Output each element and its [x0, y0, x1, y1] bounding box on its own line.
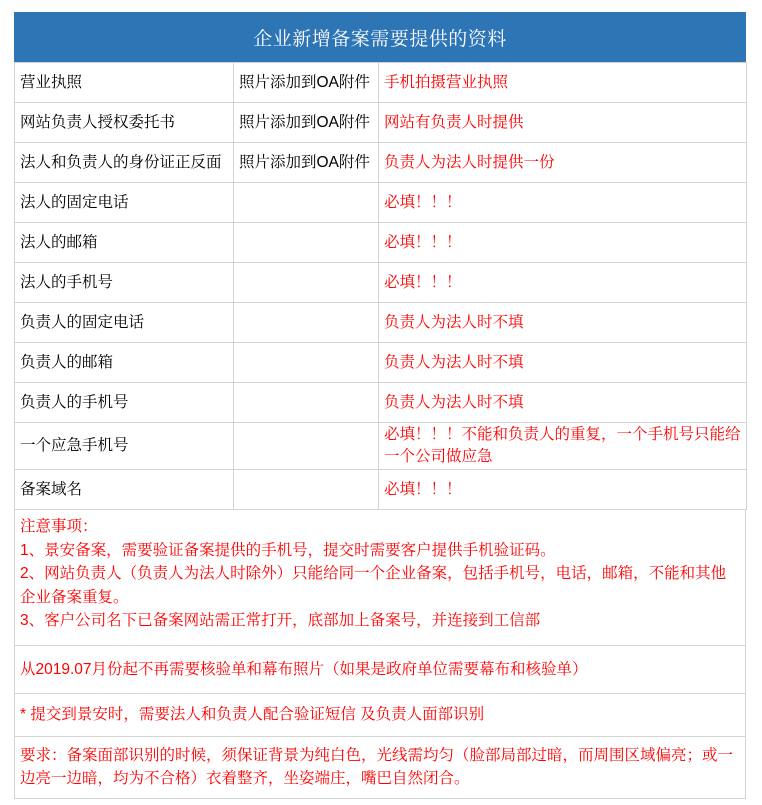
since-2019-block: 从2019.07月份起不再需要核验单和幕布照片（如果是政府单位需要幕布和核验单） — [14, 646, 746, 695]
table-row: 营业执照 照片添加到OA附件 手机拍摄营业执照 — [15, 63, 747, 103]
method-cell — [234, 470, 379, 510]
note-cell: 网站有负责人时提供 — [379, 103, 747, 143]
notice-item: 1、景安备案，需要验证备案提供的手机号，提交时需要客户提供手机验证码。 — [20, 539, 738, 563]
requirement-note: 要求：备案面部识别的时候，须保证背景为纯白色，光线需均匀（脸部局部过暗，而周围区… — [20, 744, 738, 791]
item-cell: 一个应急手机号 — [15, 423, 234, 470]
table-row: 网站负责人授权委托书 照片添加到OA附件 网站有负责人时提供 — [15, 103, 747, 143]
item-cell: 负责人的固定电话 — [15, 303, 234, 343]
requirement-block: 要求：备案面部识别的时候，须保证背景为纯白色，光线需均匀（脸部局部过暗，而周围区… — [14, 737, 746, 799]
table-row: 法人的邮箱 必填！！！ — [15, 223, 747, 263]
table-row: 备案域名 必填！！！ — [15, 470, 747, 510]
item-cell: 法人的固定电话 — [15, 183, 234, 223]
item-cell: 网站负责人授权委托书 — [15, 103, 234, 143]
method-cell — [234, 383, 379, 423]
notices-block: 注意事项： 1、景安备案，需要验证备案提供的手机号，提交时需要客户提供手机验证码… — [14, 510, 746, 646]
requirements-table: 营业执照 照片添加到OA附件 手机拍摄营业执照 网站负责人授权委托书 照片添加到… — [14, 62, 747, 510]
notice-item: 2、网站负责人（负责人为法人时除外）只能给同一个企业备案，包括手机号，电话，邮箱… — [20, 562, 738, 609]
note-cell: 负责人为法人时不填 — [379, 343, 747, 383]
submit-note-block: * 提交到景安时，需要法人和负责人配合验证短信 及负责人面部识别 — [14, 694, 746, 737]
method-cell — [234, 423, 379, 470]
method-cell — [234, 303, 379, 343]
item-cell: 法人的手机号 — [15, 263, 234, 303]
item-cell: 营业执照 — [15, 63, 234, 103]
item-cell: 法人和负责人的身份证正反面 — [15, 143, 234, 183]
table-row: 一个应急手机号 必填！！！不能和负责人的重复，一个手机号只能给一个公司做应急 — [15, 423, 747, 470]
note-cell: 必填！！！ — [379, 183, 747, 223]
table-row: 法人和负责人的身份证正反面 照片添加到OA附件 负责人为法人时提供一份 — [15, 143, 747, 183]
filing-requirements-sheet: 企业新增备案需要提供的资料 营业执照 照片添加到OA附件 手机拍摄营业执照 网站… — [14, 12, 746, 799]
method-cell — [234, 183, 379, 223]
table-row: 负责人的固定电话 负责人为法人时不填 — [15, 303, 747, 343]
note-cell: 负责人为法人时不填 — [379, 303, 747, 343]
notices-heading: 注意事项： — [20, 515, 738, 539]
note-cell: 负责人为法人时不填 — [379, 383, 747, 423]
method-cell — [234, 263, 379, 303]
method-cell — [234, 223, 379, 263]
item-cell: 负责人的手机号 — [15, 383, 234, 423]
table-row: 负责人的邮箱 负责人为法人时不填 — [15, 343, 747, 383]
item-cell: 负责人的邮箱 — [15, 343, 234, 383]
item-cell: 法人的邮箱 — [15, 223, 234, 263]
note-cell: 必填！！！ — [379, 263, 747, 303]
method-cell: 照片添加到OA附件 — [234, 143, 379, 183]
submit-note: * 提交到景安时，需要法人和负责人配合验证短信 及负责人面部识别 — [20, 703, 738, 727]
since-2019-note: 从2019.07月份起不再需要核验单和幕布照片（如果是政府单位需要幕布和核验单） — [20, 658, 738, 682]
method-cell: 照片添加到OA附件 — [234, 103, 379, 143]
note-cell: 负责人为法人时提供一份 — [379, 143, 747, 183]
table-row: 负责人的手机号 负责人为法人时不填 — [15, 383, 747, 423]
note-cell: 必填！！！ — [379, 223, 747, 263]
note-cell: 手机拍摄营业执照 — [379, 63, 747, 103]
table-row: 法人的固定电话 必填！！！ — [15, 183, 747, 223]
table-row: 法人的手机号 必填！！！ — [15, 263, 747, 303]
method-cell — [234, 343, 379, 383]
note-cell: 必填！！！ — [379, 470, 747, 510]
page-title: 企业新增备案需要提供的资料 — [14, 12, 746, 62]
method-cell: 照片添加到OA附件 — [234, 63, 379, 103]
item-cell: 备案域名 — [15, 470, 234, 510]
notice-item: 3、客户公司名下已备案网站需正常打开，底部加上备案号，并连接到工信部 — [20, 609, 738, 633]
note-cell: 必填！！！不能和负责人的重复，一个手机号只能给一个公司做应急 — [379, 423, 747, 470]
